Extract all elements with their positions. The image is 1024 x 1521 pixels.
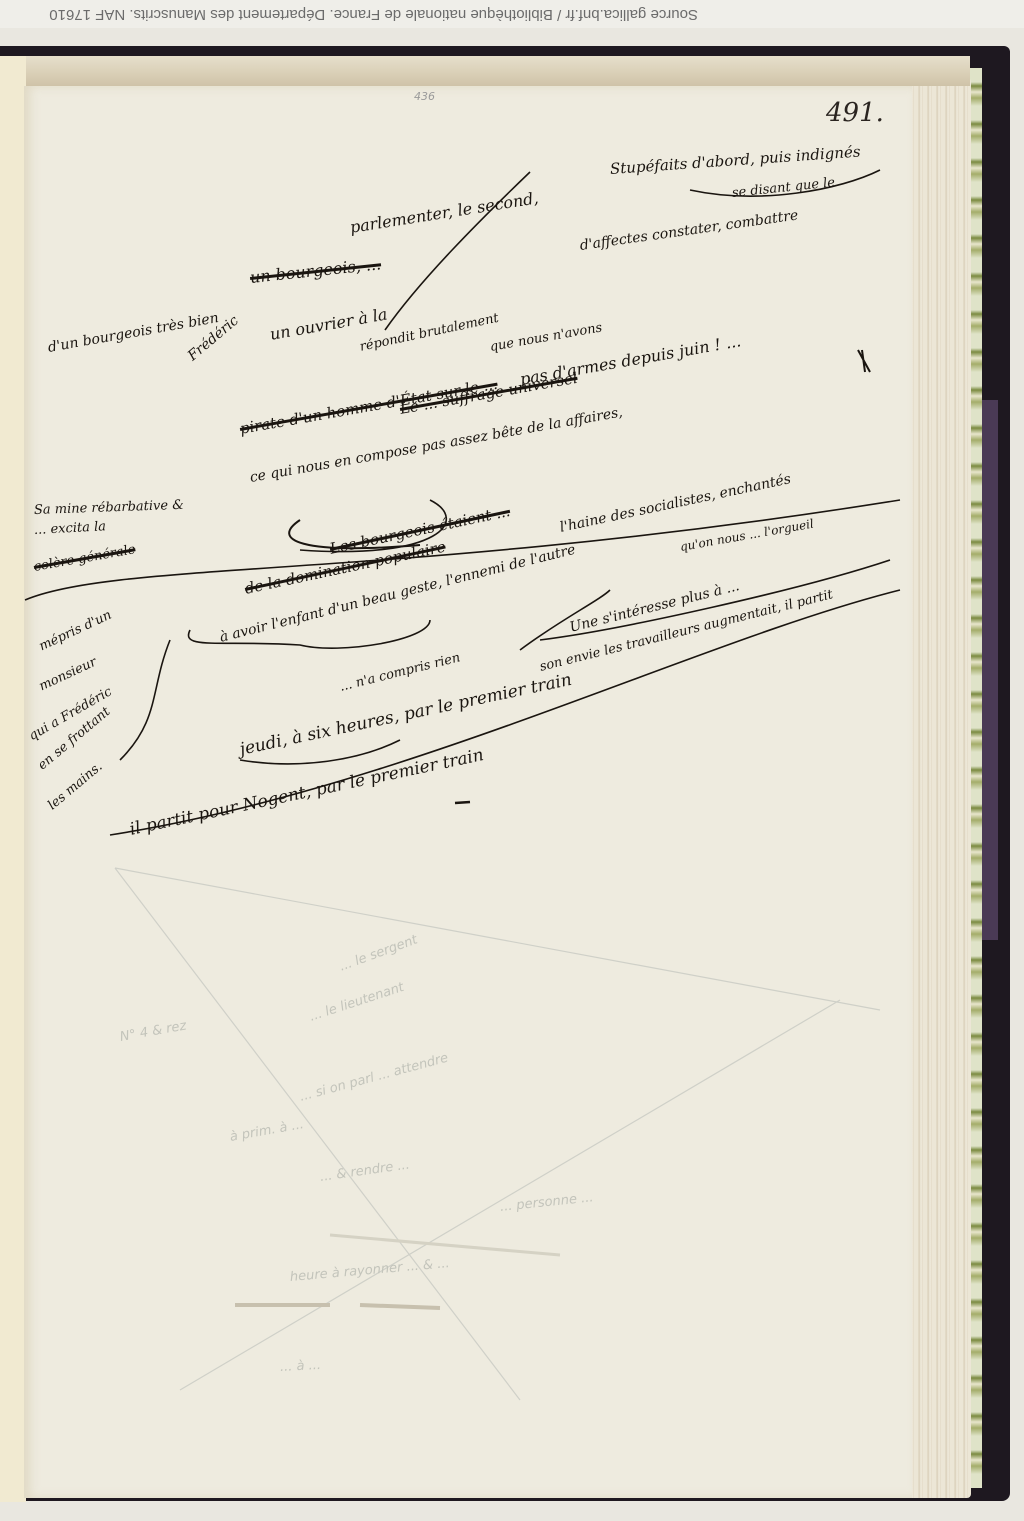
folio-number-ink: 491. bbox=[826, 98, 884, 128]
source-header-bar: Source gallica.bnf.fr / Bibliothèque nat… bbox=[0, 0, 1024, 28]
facing-page-edge bbox=[0, 56, 26, 1502]
pencil-note: ... à ... bbox=[280, 1358, 322, 1375]
folio-number-pencil: 436 bbox=[414, 90, 435, 103]
marbled-endpaper bbox=[970, 68, 982, 1488]
source-attribution: Source gallica.bnf.fr / Bibliothèque nat… bbox=[0, 0, 1024, 28]
page-stack-top bbox=[26, 56, 970, 86]
page-stack-right bbox=[905, 78, 971, 1498]
manuscript-page bbox=[24, 86, 912, 1498]
